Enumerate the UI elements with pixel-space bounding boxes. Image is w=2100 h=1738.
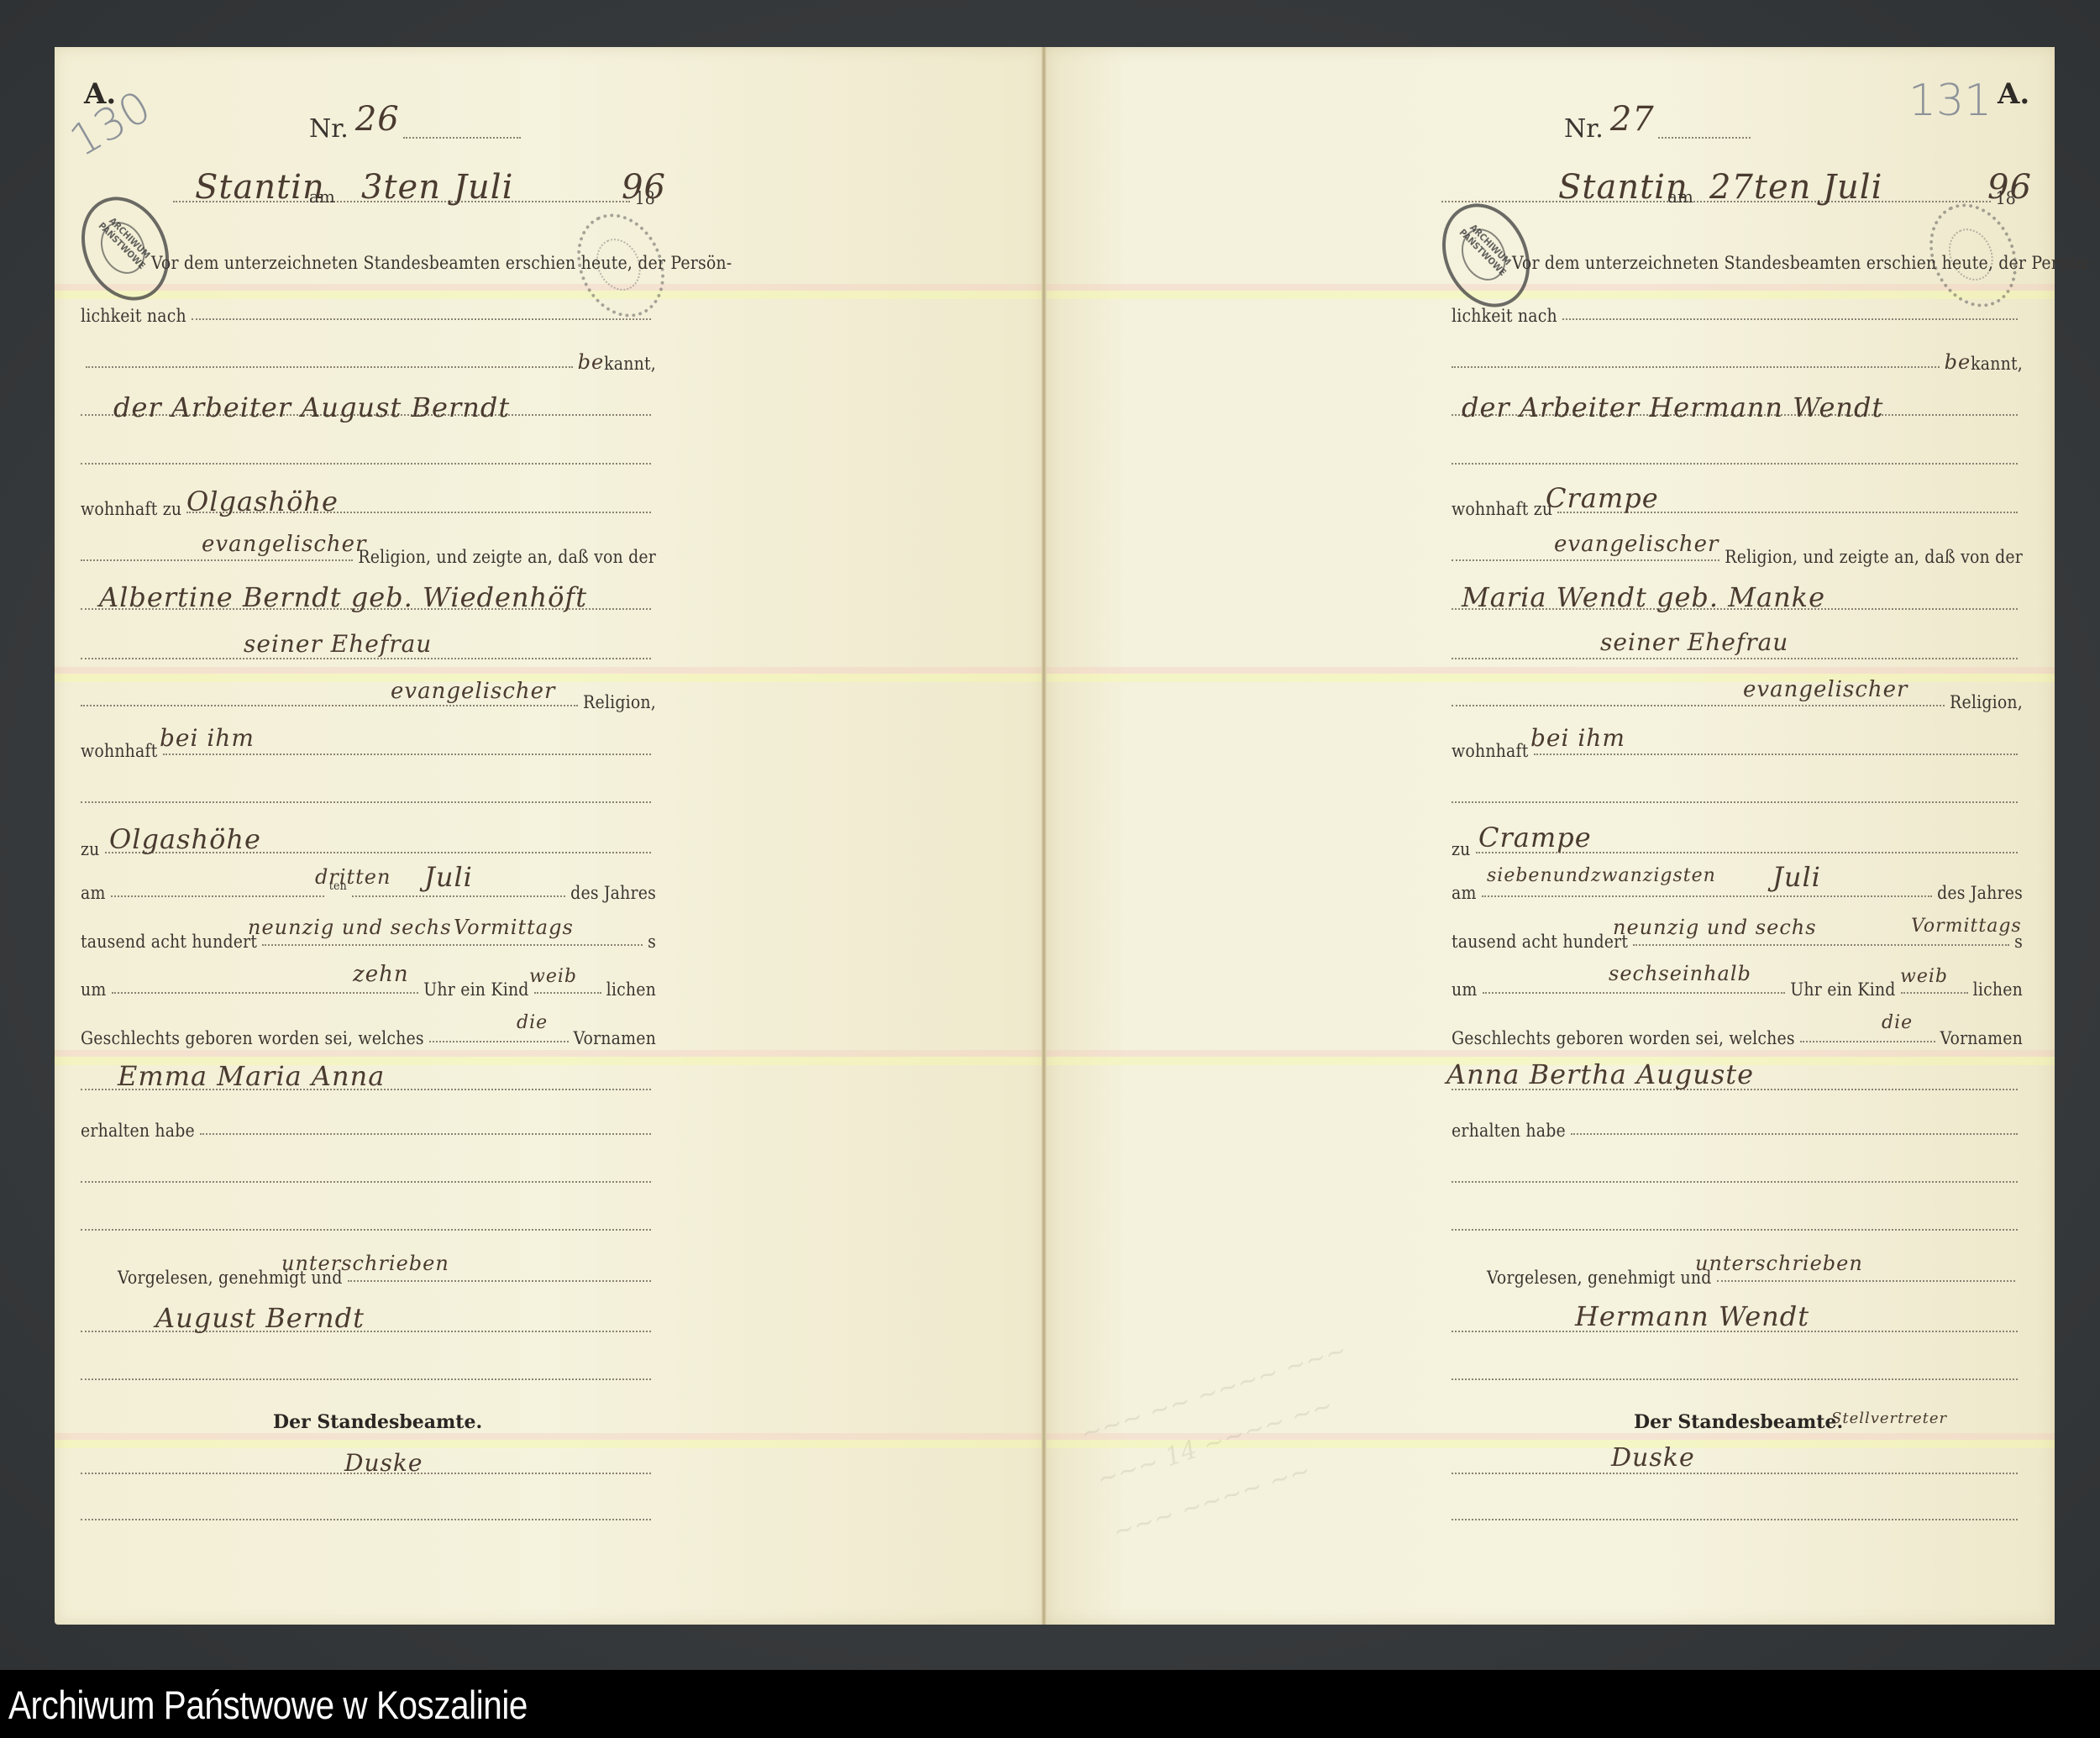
registrar-signature: Duske [1611, 1443, 1695, 1473]
blank-line [81, 1352, 656, 1386]
entry-number-value: 27 [1610, 100, 1655, 139]
erhalten-line: erhalten habe [81, 1107, 656, 1141]
mother-religion: evangelischer [391, 679, 555, 704]
religion-line: Religion, und zeigte an, daß von der [81, 533, 656, 567]
registration-year-suffix: 96 [622, 168, 666, 207]
registrar-note: Stellvertreter [1831, 1410, 1947, 1427]
time-of-day: Vormittags [454, 916, 574, 939]
time-of-day: Vormittags [1911, 916, 2022, 937]
registration-year-suffix: 96 [1987, 168, 2032, 207]
informant-name: der Arbeiter Hermann Wendt [1462, 391, 1883, 423]
gender-line: Geschlechts geboren worden sei, welchesV… [1452, 1015, 2023, 1048]
informant-religion: evangelischer [202, 532, 366, 557]
residence-line: wohnhaft zu [81, 486, 656, 519]
child-names: Emma Maria Anna [118, 1060, 385, 1092]
birth-hour: sechseinhalb [1609, 962, 1751, 985]
registration-day: 27ten [1709, 168, 1811, 207]
registration-month: Juli [1823, 168, 1882, 207]
mother-relation: seiner Ehefrau [244, 630, 432, 658]
gender-line: Geschlechts geboren worden sei, welchesV… [81, 1015, 656, 1048]
child-sex: weib [529, 966, 577, 987]
nr-label: Nr. [1564, 114, 1604, 144]
informant-residence: Olgashöhe [186, 486, 339, 517]
informant-signature: August Berndt [155, 1302, 365, 1334]
archive-footer-bar: Archiwum Państwowe w Koszalinie [0, 1670, 2100, 1738]
kannt-line: bekannt, [1452, 340, 2023, 374]
informant-signature: Hermann Wendt [1575, 1300, 1809, 1332]
religion-line: Religion, und zeigte an, daß von der [1452, 533, 2023, 567]
registration-month: Juli [454, 168, 513, 207]
entry-number: Nr. 27 [1564, 105, 1751, 144]
birth-day: dritten [315, 865, 391, 889]
approval-word: unterschrieben [281, 1252, 449, 1275]
date-am: am [1667, 186, 1693, 207]
nr-label: Nr. [309, 114, 349, 144]
birth-day: siebenundzwanzigsten [1487, 865, 1716, 886]
informant-name: der Arbeiter August Berndt [113, 391, 510, 423]
child-names: Anna Bertha Auguste [1446, 1058, 1754, 1090]
registrar-signature: Duske [344, 1449, 423, 1477]
blank-line [1452, 1203, 2023, 1237]
birth-year-words: neunzig und sechs [1613, 916, 1817, 939]
article: die [517, 1012, 548, 1033]
mother-name: Maria Wendt geb. Manke [1462, 581, 1825, 613]
registrar-label: Der Standesbeamte. [273, 1411, 482, 1433]
entry-number-value: 26 [355, 100, 400, 139]
birth-month: Juli [1772, 861, 1821, 893]
approval-word: unterschrieben [1695, 1252, 1863, 1275]
erhalten-line: erhalten habe [1452, 1107, 2023, 1141]
lichkeit-line: lichkeit nach [81, 292, 656, 326]
child-sex: weib [1900, 966, 1948, 987]
article: die [1882, 1012, 1913, 1033]
book-spine [1042, 47, 1047, 1625]
birth-hour: zehn [353, 962, 409, 987]
blank-line [1452, 1155, 2023, 1189]
date-am: am [309, 186, 335, 207]
mother-religion-line: Religion, [1452, 679, 2023, 712]
blank-line [1452, 1352, 2023, 1386]
informant-religion: evangelischer [1554, 532, 1719, 557]
birth-month: Juli [424, 861, 473, 893]
registration-day: 3ten [361, 168, 441, 207]
lichkeit-line: lichkeit nach [1452, 292, 2023, 326]
mother-residence: bei ihm [1530, 724, 1625, 752]
registrar-label: Der Standesbeamte. [1634, 1411, 1843, 1433]
mother-relation: seiner Ehefrau [1600, 628, 1788, 656]
mother-religion-line: Religion, [81, 679, 656, 712]
birth-place: Crampe [1478, 822, 1592, 853]
mother-name: Albertine Berndt geb. Wiedenhöft [99, 581, 587, 613]
form-series-letter: A. [1998, 77, 2029, 111]
intro-line: Vor dem unterzeichneten Standesbeamten e… [151, 239, 655, 273]
birth-place: Olgashöhe [109, 823, 261, 855]
intro-line: Vor dem unterzeichneten Standesbeamten e… [1512, 239, 2020, 273]
blank-line [81, 775, 656, 809]
blank-line [1452, 1493, 2023, 1526]
pencil-folio-number: 131 [1908, 76, 1992, 126]
blank-line [81, 437, 656, 470]
archive-name: Archiwum Państwowe w Koszalinie [8, 1682, 528, 1728]
mother-religion: evangelischer [1743, 677, 1908, 702]
informant-residence: Crampe [1546, 482, 1659, 514]
entry-number: Nr. 26 [309, 105, 521, 144]
residence-line: wohnhaft zu [1452, 486, 2023, 519]
kannt-line: bekannt, [81, 340, 656, 374]
blank-line [81, 1493, 656, 1526]
blank-line [81, 1203, 656, 1237]
blank-line [81, 1155, 656, 1189]
mother-residence: bei ihm [160, 724, 255, 752]
blank-line [1452, 775, 2023, 809]
birth-year-words: neunzig und sechs [248, 916, 452, 939]
registrar-line [1452, 1447, 2023, 1480]
blank-line [1452, 437, 2023, 470]
registration-place: Stantin [195, 168, 325, 207]
